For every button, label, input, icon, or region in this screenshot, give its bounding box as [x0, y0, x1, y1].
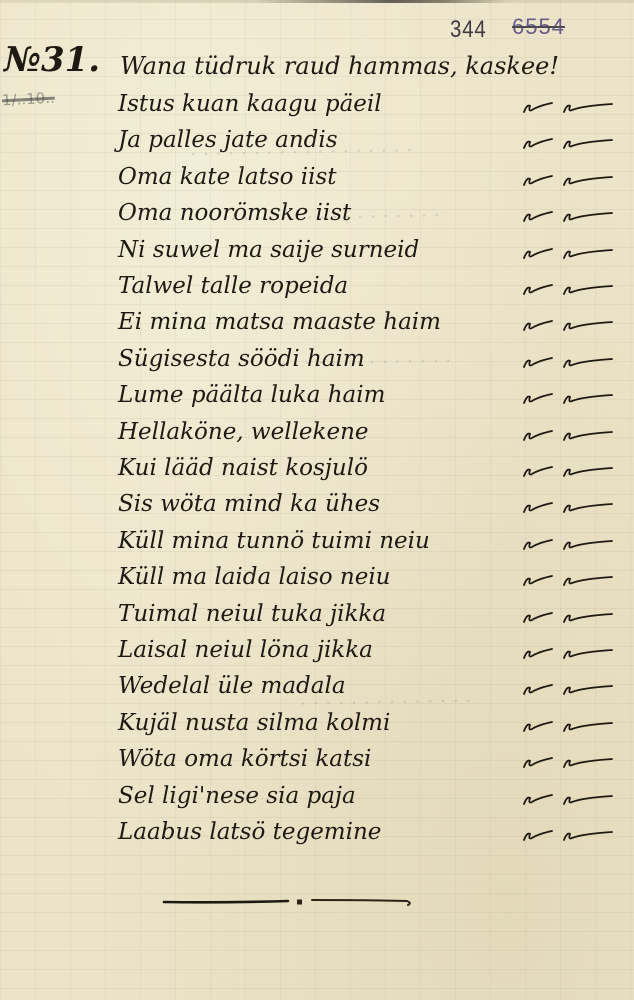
verse-line: Sis wöta mind ka ühes [118, 488, 380, 520]
verse-line: Küll mina tunnö tuimi neiu [118, 525, 430, 557]
verse-line: Istus kuan kaagu päeil [118, 88, 382, 120]
song-number: №31. [4, 40, 100, 80]
verse-line: Hellaköne, wellekene [118, 416, 369, 448]
repeat-marks [520, 205, 620, 225]
verse-line: Ja palles jate andis [118, 124, 338, 156]
verse-line: Kui lääd naist kosjulö [118, 452, 368, 484]
verse-line: Ei mina matsa maaste haim [118, 306, 441, 338]
ditto-mark-icon [520, 460, 620, 480]
ditto-mark-icon [520, 678, 620, 698]
title-line: Wana tüdruk raud hammas, kaskee! [120, 50, 559, 82]
repeat-marks [520, 387, 620, 407]
ditto-mark-icon [520, 569, 620, 589]
verse-line: Wedelal üle madala [118, 670, 346, 702]
repeat-marks [520, 496, 620, 516]
repeat-marks [520, 132, 620, 152]
ditto-mark-icon [520, 824, 620, 844]
struck-margin-note: 1/..10.. [2, 89, 56, 110]
verse-line: Tuimal neiul tuka jikka [118, 598, 386, 630]
ditto-mark-icon [520, 205, 620, 225]
manuscript-page: · · · · · · · · · · · · · · · · · · · · … [0, 0, 634, 1000]
ditto-mark-icon [520, 96, 620, 116]
verse-line: Oma kate latso iist [118, 161, 337, 193]
repeat-marks [520, 242, 620, 262]
ditto-mark-icon [520, 496, 620, 516]
verse-line: Oma noorömske iist [118, 197, 351, 229]
repeat-marks [520, 533, 620, 553]
ditto-mark-icon [520, 351, 620, 371]
repeat-marks [520, 788, 620, 808]
repeat-marks [520, 351, 620, 371]
repeat-marks [520, 278, 620, 298]
verse-line: Kujäl nusta silma kolmi [118, 707, 390, 739]
verse-line: Wöta oma körtsi katsi [118, 743, 371, 775]
ditto-mark-icon [520, 242, 620, 262]
repeat-marks [520, 751, 620, 771]
verse-line: Küll ma laida laiso neiu [118, 561, 391, 593]
struck-old-number: 6554 [512, 14, 565, 40]
end-of-song-rule [162, 898, 430, 906]
repeat-marks [520, 606, 620, 626]
repeat-marks [520, 569, 620, 589]
verse-line: Ni suwel ma saije surneid [118, 234, 419, 266]
verse-line: Laisal neiul löna jikka [118, 634, 373, 666]
verse-line: Talwel talle ropeida [118, 270, 348, 302]
ditto-mark-icon [520, 715, 620, 735]
ditto-mark-icon [520, 642, 620, 662]
repeat-marks [520, 169, 620, 189]
repeat-marks [520, 824, 620, 844]
ditto-mark-icon [520, 751, 620, 771]
repeat-marks [520, 460, 620, 480]
ditto-mark-icon [520, 132, 620, 152]
page-top-edge [0, 0, 634, 3]
repeat-marks [520, 314, 620, 334]
verse-line: Sügisesta söödi haim [118, 343, 365, 375]
verse-line: Sel ligi'nese sia paja [118, 780, 356, 812]
ditto-mark-icon [520, 788, 620, 808]
repeat-marks [520, 715, 620, 735]
repeat-marks [520, 642, 620, 662]
ditto-mark-icon [520, 606, 620, 626]
repeat-marks [520, 424, 620, 444]
ditto-mark-icon [520, 533, 620, 553]
ditto-mark-icon [520, 278, 620, 298]
repeat-marks [520, 96, 620, 116]
ditto-mark-icon [520, 424, 620, 444]
verse-line: Laabus latsö tegemine [118, 816, 381, 848]
verse-line: Lume päälta luka haim [118, 379, 385, 411]
archive-page-number: 344 [450, 16, 487, 44]
ditto-mark-icon [520, 169, 620, 189]
ditto-mark-icon [520, 387, 620, 407]
ditto-mark-icon [520, 314, 620, 334]
repeat-marks [520, 678, 620, 698]
